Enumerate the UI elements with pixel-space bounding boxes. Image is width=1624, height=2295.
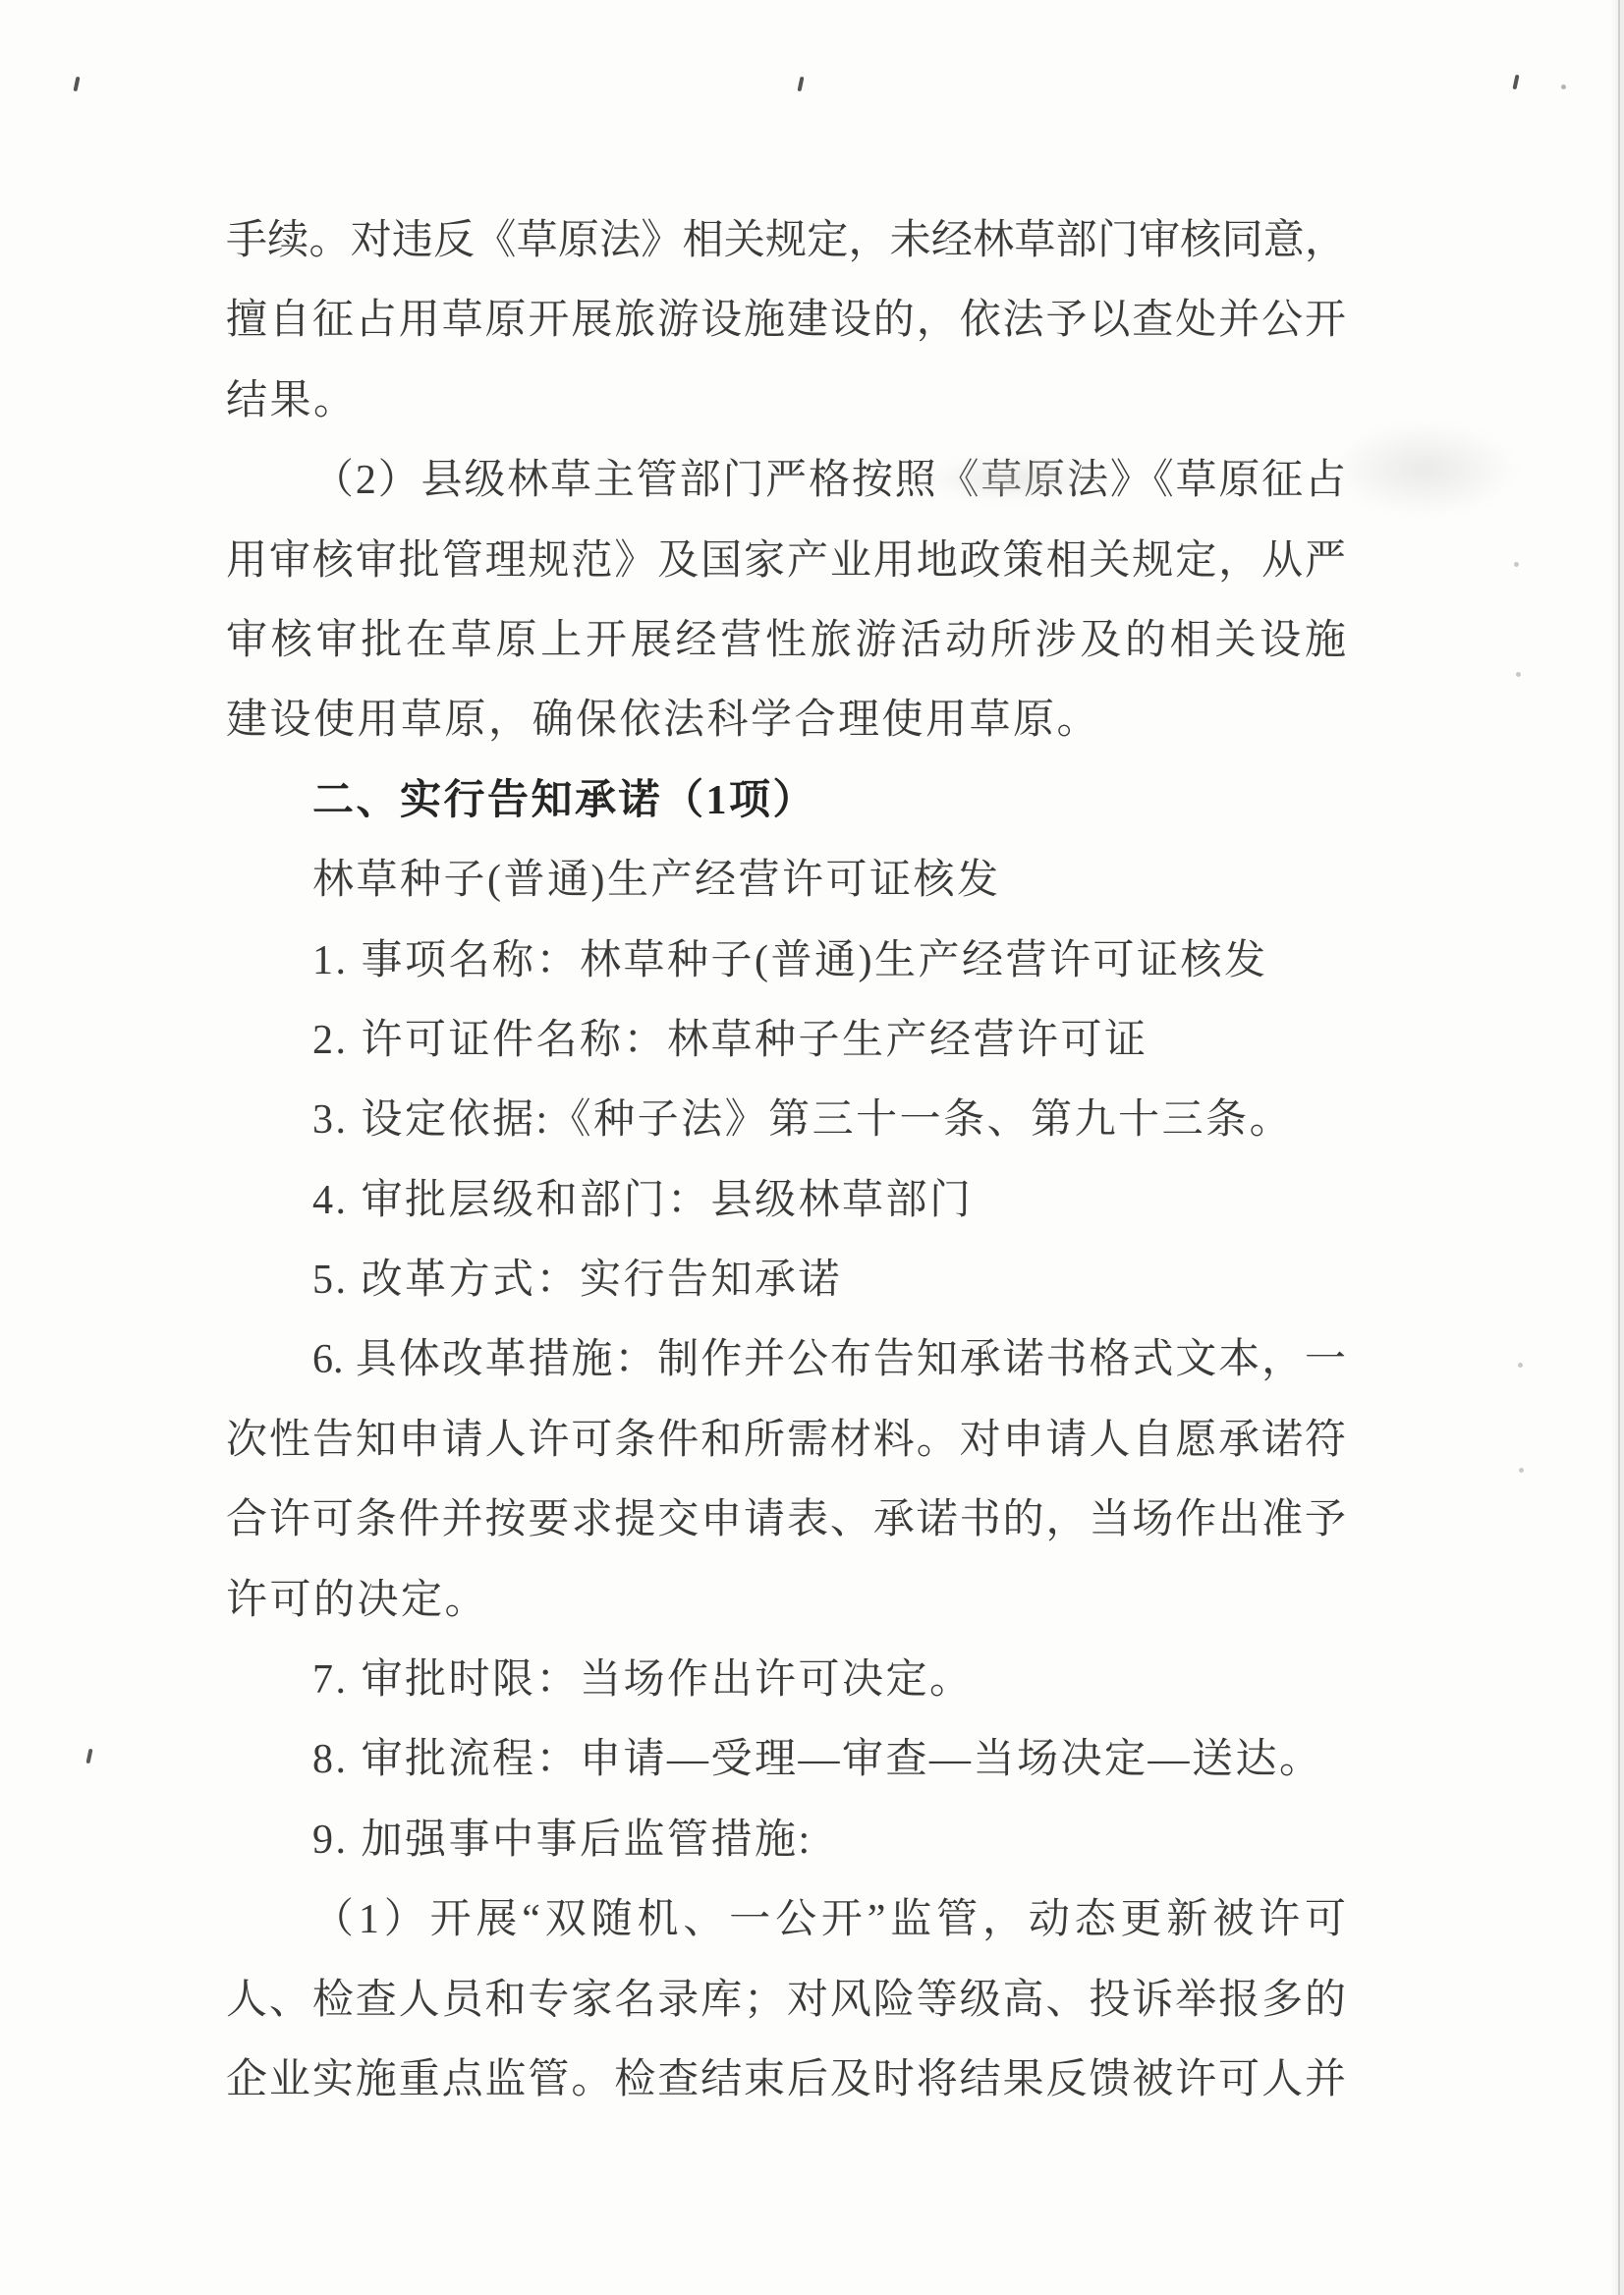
text-line: 许可的决定。 (226, 1561, 1346, 1641)
text-line: 5. 改革方式：实行告知承诺 (226, 1241, 1346, 1320)
text-line: 2. 许可证件名称：林草种子生产经营许可证 (226, 1001, 1346, 1081)
text-line: 4. 审批层级和部门：县级林草部门 (226, 1161, 1346, 1241)
text-line: 审核审批在草原上开展经营性旅游活动所涉及的相关设施 (226, 601, 1346, 681)
text-line: 次性告知申请人许可条件和所需材料。对申请人自愿承诺符 (226, 1401, 1346, 1481)
scan-speck (1519, 1468, 1524, 1473)
scan-smudge (1331, 422, 1518, 516)
text-line: 手续。对违反《草原法》相关规定，未经林草部门审核同意， (226, 201, 1346, 281)
scan-smudge (924, 457, 1100, 501)
text-line: 用审核审批管理规范》及国家产业用地政策相关规定，从严 (226, 522, 1346, 601)
text-line: （2）县级林草主管部门严格按照《草原法》《草原征占 (226, 441, 1346, 521)
scan-speck (767, 236, 772, 241)
text-line: 1. 事项名称：林草种子(普通)生产经营许可证核发 (226, 922, 1346, 1001)
scan-speck (1518, 1363, 1523, 1368)
text-line: 7. 审批时限：当场作出许可决定。 (226, 1641, 1346, 1720)
text-line: 林草种子(普通)生产经营许可证核发 (226, 841, 1346, 921)
text-line: （1）开展“双随机、一公开”监管，动态更新被许可 (226, 1880, 1346, 1960)
scan-speck (1514, 562, 1519, 567)
scan-speck (85, 1749, 92, 1764)
text-line: 企业实施重点监管。检查结束后及时将结果反馈被许可人并 (226, 2041, 1346, 2120)
text-line: 二、实行告知承诺（1项） (226, 761, 1346, 841)
document-body: 手续。对违反《草原法》相关规定，未经林草部门审核同意，擅自征占用草原开展旅游设施… (226, 201, 1346, 2120)
scan-edge-shadow (1610, 0, 1624, 2295)
text-line: 建设使用草原，确保依法科学合理使用草原。 (226, 681, 1346, 760)
text-line: 人、检查人员和专家名录库；对风险等级高、投诉举报多的 (226, 1961, 1346, 2041)
text-line: 8. 审批流程：申请—受理—审查—当场决定—送达。 (226, 1720, 1346, 1800)
text-line: 结果。 (226, 362, 1346, 441)
scan-speck (1561, 84, 1566, 89)
scan-speck (1512, 75, 1519, 90)
text-line: 合许可条件并按要求提交申请表、承诺书的，当场作出准予 (226, 1481, 1346, 1560)
text-line: 9. 加强事中事后监管措施: (226, 1801, 1346, 1880)
scanned-document-page: 手续。对违反《草原法》相关规定，未经林草部门审核同意，擅自征占用草原开展旅游设施… (0, 0, 1624, 2295)
scan-speck (1516, 672, 1521, 677)
text-line: 3. 设定依据:《种子法》第三十一条、第九十三条。 (226, 1081, 1346, 1160)
scan-edge-line (1618, 0, 1620, 2295)
text-line: 擅自征占用草原开展旅游设施建设的，依法予以查处并公开 (226, 281, 1346, 361)
scan-speck (73, 77, 80, 92)
text-line: 6. 具体改革措施：制作并公布告知承诺书格式文本，一 (226, 1320, 1346, 1400)
scan-speck (797, 77, 804, 92)
